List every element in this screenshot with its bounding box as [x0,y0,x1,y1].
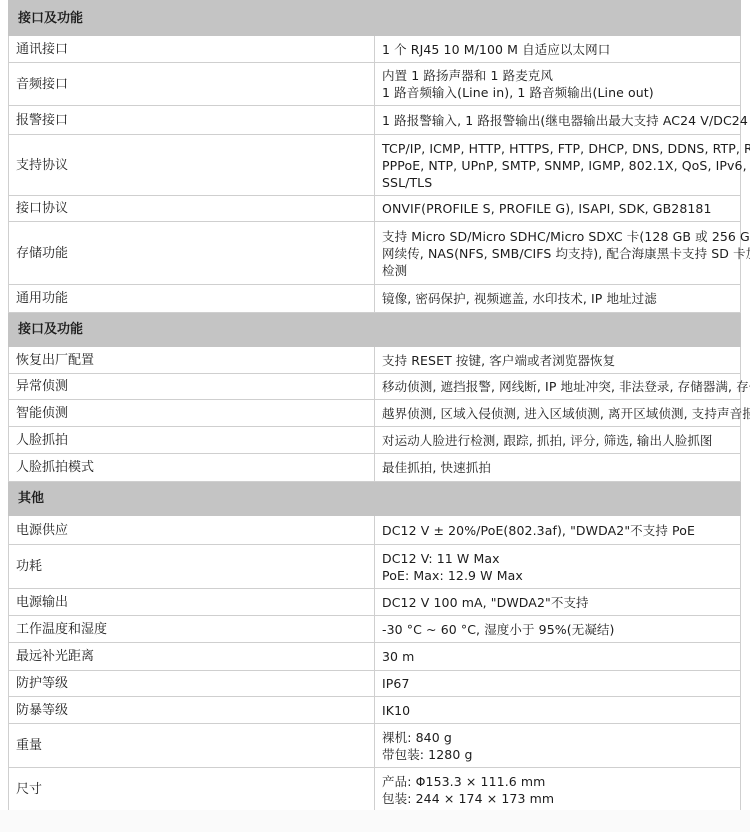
spec-row: 电源输出DC12 V 100 mA, "DWDA2"不支持 [9,589,741,616]
spec-value-line: 内置 1 路扬声器和 1 路麦克风 [382,67,733,84]
spec-row: 音频接口内置 1 路扬声器和 1 路麦克风1 路音频输入(Line in), 1… [9,63,741,106]
spec-label: 存储功能 [9,222,375,285]
page-bottom-margin [0,810,750,832]
section-header: 接口及功能 [9,1,741,36]
spec-label: 异常侦测 [9,374,375,400]
spec-value-line: ONVIF(PROFILE S, PROFILE G), ISAPI, SDK,… [382,200,733,217]
spec-value: DC12 V: 11 W MaxPoE: Max: 12.9 W Max [375,545,741,589]
spec-value: IP67 [375,671,741,697]
spec-row: 支持协议TCP/IP, ICMP, HTTP, HTTPS, FTP, DHCP… [9,135,741,196]
spec-value-line: 1 个 RJ45 10 M/100 M 自适应以太网口 [382,41,733,58]
spec-value: 镜像, 密码保护, 视频遮盖, 水印技术, IP 地址过滤 [375,285,741,313]
spec-value: TCP/IP, ICMP, HTTP, HTTPS, FTP, DHCP, DN… [375,135,741,196]
spec-label: 最远补光距离 [9,643,375,671]
spec-label: 人脸抓拍 [9,427,375,454]
spec-row: 尺寸产品: Φ153.3 × 111.6 mm包装: 244 × 174 × 1… [9,768,741,812]
spec-value: 对运动人脸进行检测, 跟踪, 抓拍, 评分, 筛选, 输出人脸抓图 [375,427,741,454]
spec-value: 支持 Micro SD/Micro SDHC/Micro SDXC 卡(128 … [375,222,741,285]
spec-value-line: DC12 V ± 20%/PoE(802.3af), "DWDA2"不支持 Po… [382,522,733,539]
spec-row: 接口协议ONVIF(PROFILE S, PROFILE G), ISAPI, … [9,196,741,222]
spec-table: 接口及功能通讯接口1 个 RJ45 10 M/100 M 自适应以太网口音频接口… [8,0,741,812]
spec-value: ONVIF(PROFILE S, PROFILE G), ISAPI, SDK,… [375,196,741,222]
spec-row: 人脸抓拍对运动人脸进行检测, 跟踪, 抓拍, 评分, 筛选, 输出人脸抓图 [9,427,741,454]
spec-value-line: 越界侦测, 区域入侵侦测, 进入区域侦测, 离开区域侦测, 支持声音报警输出 [382,405,733,422]
spec-sheet: 接口及功能通讯接口1 个 RJ45 10 M/100 M 自适应以太网口音频接口… [8,0,741,812]
spec-row: 异常侦测移动侦测, 遮挡报警, 网线断, IP 地址冲突, 非法登录, 存储器满… [9,374,741,400]
spec-row: 智能侦测越界侦测, 区域入侵侦测, 进入区域侦测, 离开区域侦测, 支持声音报警… [9,400,741,427]
spec-value: 1 个 RJ45 10 M/100 M 自适应以太网口 [375,36,741,63]
spec-value: 支持 RESET 按键, 客户端或者浏览器恢复 [375,347,741,374]
spec-label: 通用功能 [9,285,375,313]
spec-label: 接口协议 [9,196,375,222]
spec-label: 功耗 [9,545,375,589]
spec-label: 通讯接口 [9,36,375,63]
spec-value-line: 支持 RESET 按键, 客户端或者浏览器恢复 [382,352,733,369]
spec-value-line: 1 路报警输入, 1 路报警输出(继电器输出最大支持 AC24 V/DC24 V… [382,112,733,129]
spec-label: 尺寸 [9,768,375,812]
spec-value-line: 包装: 244 × 174 × 173 mm [382,790,733,807]
spec-value-line: 对运动人脸进行检测, 跟踪, 抓拍, 评分, 筛选, 输出人脸抓图 [382,432,733,449]
spec-value: 最佳抓拍, 快速抓拍 [375,454,741,482]
spec-row: 存储功能支持 Micro SD/Micro SDHC/Micro SDXC 卡(… [9,222,741,285]
spec-value-line: 30 m [382,648,733,665]
spec-row: 工作温度和湿度-30 °C ~ 60 °C, 湿度小于 95%(无凝结) [9,616,741,643]
spec-value-line: 网续传, NAS(NFS, SMB/CIFS 均支持), 配合海康黑卡支持 SD… [382,245,733,262]
spec-value-line: 带包装: 1280 g [382,746,733,763]
spec-label: 音频接口 [9,63,375,106]
spec-row: 最远补光距离30 m [9,643,741,671]
spec-label: 防护等级 [9,671,375,697]
spec-row: 重量裸机: 840 g带包装: 1280 g [9,724,741,768]
spec-value-line: SSL/TLS [382,174,733,191]
spec-value: DC12 V 100 mA, "DWDA2"不支持 [375,589,741,616]
spec-value: 裸机: 840 g带包装: 1280 g [375,724,741,768]
spec-value-line: TCP/IP, ICMP, HTTP, HTTPS, FTP, DHCP, DN… [382,140,733,157]
section-title: 其他 [9,482,741,516]
spec-row: 功耗DC12 V: 11 W MaxPoE: Max: 12.9 W Max [9,545,741,589]
spec-value-line: 移动侦测, 遮挡报警, 网线断, IP 地址冲突, 非法登录, 存储器满, 存储… [382,378,733,395]
spec-value: -30 °C ~ 60 °C, 湿度小于 95%(无凝结) [375,616,741,643]
spec-value: 30 m [375,643,741,671]
spec-value: 产品: Φ153.3 × 111.6 mm包装: 244 × 174 × 173… [375,768,741,812]
spec-value-line: 产品: Φ153.3 × 111.6 mm [382,773,733,790]
spec-value-line: 支持 Micro SD/Micro SDHC/Micro SDXC 卡(128 … [382,228,733,245]
spec-value-line: 检测 [382,262,733,279]
spec-value: 移动侦测, 遮挡报警, 网线断, IP 地址冲突, 非法登录, 存储器满, 存储… [375,374,741,400]
spec-value-line: PPPoE, NTP, UPnP, SMTP, SNMP, IGMP, 802.… [382,157,733,174]
spec-value: 内置 1 路扬声器和 1 路麦克风1 路音频输入(Line in), 1 路音频… [375,63,741,106]
spec-value-line: 1 路音频输入(Line in), 1 路音频输出(Line out) [382,84,733,101]
spec-row: 报警接口1 路报警输入, 1 路报警输出(继电器输出最大支持 AC24 V/DC… [9,106,741,135]
section-header: 接口及功能 [9,313,741,347]
spec-label: 智能侦测 [9,400,375,427]
spec-label: 电源输出 [9,589,375,616]
spec-value-line: IK10 [382,702,733,719]
spec-label: 电源供应 [9,516,375,545]
section-header: 其他 [9,482,741,516]
spec-row: 人脸抓拍模式最佳抓拍, 快速抓拍 [9,454,741,482]
spec-row: 防护等级IP67 [9,671,741,697]
spec-value-line: DC12 V 100 mA, "DWDA2"不支持 [382,594,733,611]
spec-label: 防暴等级 [9,697,375,724]
spec-row: 电源供应DC12 V ± 20%/PoE(802.3af), "DWDA2"不支… [9,516,741,545]
spec-value: DC12 V ± 20%/PoE(802.3af), "DWDA2"不支持 Po… [375,516,741,545]
spec-label: 工作温度和湿度 [9,616,375,643]
section-title: 接口及功能 [9,313,741,347]
spec-value-line: DC12 V: 11 W Max [382,550,733,567]
spec-value-line: 裸机: 840 g [382,729,733,746]
spec-label: 恢复出厂配置 [9,347,375,374]
spec-row: 通讯接口1 个 RJ45 10 M/100 M 自适应以太网口 [9,36,741,63]
spec-value-line: IP67 [382,675,733,692]
spec-row: 通用功能镜像, 密码保护, 视频遮盖, 水印技术, IP 地址过滤 [9,285,741,313]
spec-value-line: 镜像, 密码保护, 视频遮盖, 水印技术, IP 地址过滤 [382,290,733,307]
spec-value: 1 路报警输入, 1 路报警输出(继电器输出最大支持 AC24 V/DC24 V… [375,106,741,135]
spec-value-line: PoE: Max: 12.9 W Max [382,567,733,584]
spec-value-line: 最佳抓拍, 快速抓拍 [382,459,733,476]
spec-label: 支持协议 [9,135,375,196]
spec-value: IK10 [375,697,741,724]
spec-value: 越界侦测, 区域入侵侦测, 进入区域侦测, 离开区域侦测, 支持声音报警输出 [375,400,741,427]
spec-label: 重量 [9,724,375,768]
section-title: 接口及功能 [9,1,741,36]
spec-row: 防暴等级IK10 [9,697,741,724]
spec-label: 报警接口 [9,106,375,135]
spec-value-line: -30 °C ~ 60 °C, 湿度小于 95%(无凝结) [382,621,733,638]
spec-row: 恢复出厂配置支持 RESET 按键, 客户端或者浏览器恢复 [9,347,741,374]
spec-label: 人脸抓拍模式 [9,454,375,482]
